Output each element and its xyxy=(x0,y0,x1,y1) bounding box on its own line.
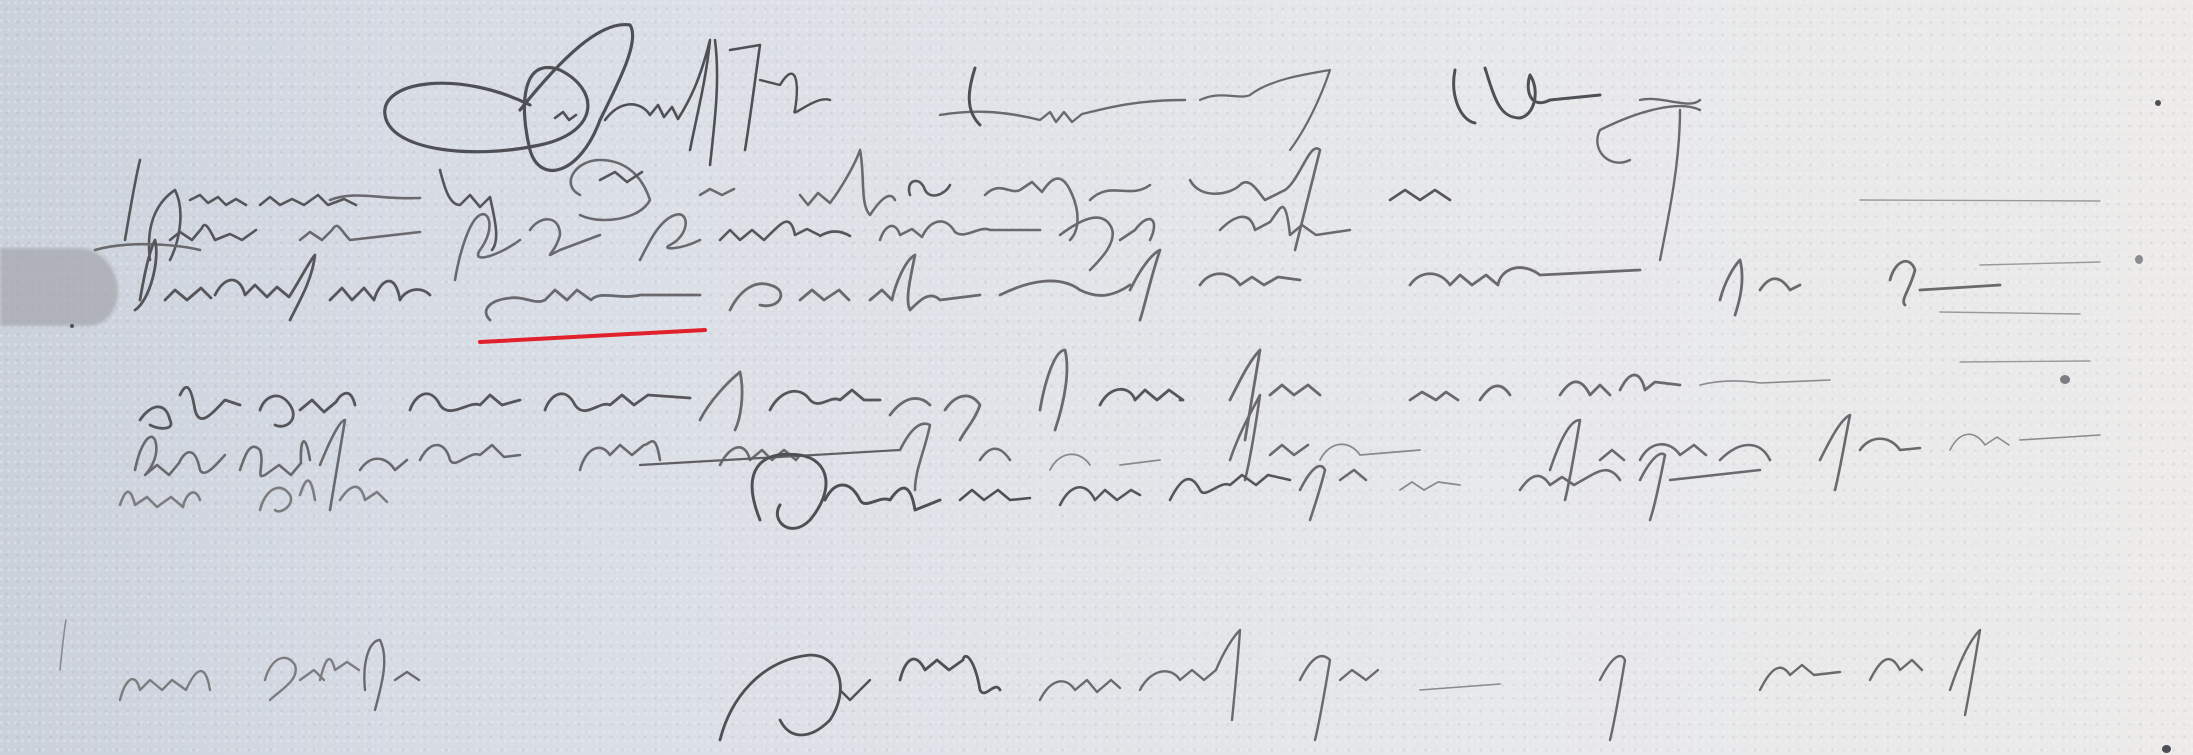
text-line-4 xyxy=(140,350,1830,440)
red-annotation-underline xyxy=(480,330,705,342)
text-line-7 xyxy=(60,620,1980,740)
ink-speck xyxy=(2155,100,2161,106)
text-line-1 xyxy=(149,148,1450,260)
manuscript-page: handwritten manuscript page (photograph)… xyxy=(0,0,2193,755)
text-line-3 xyxy=(135,240,2000,320)
handwriting-layer xyxy=(0,0,2193,755)
text-line-6 xyxy=(120,454,1760,529)
ink-speck xyxy=(70,324,74,328)
ink-speck xyxy=(2162,745,2171,753)
faint-ruling-lines xyxy=(1860,200,2100,362)
heading-line xyxy=(385,25,1700,260)
ink-speck xyxy=(2135,255,2143,264)
text-line-2 xyxy=(95,160,1350,280)
ink-speck xyxy=(2060,375,2070,384)
text-line-5 xyxy=(135,395,2100,510)
